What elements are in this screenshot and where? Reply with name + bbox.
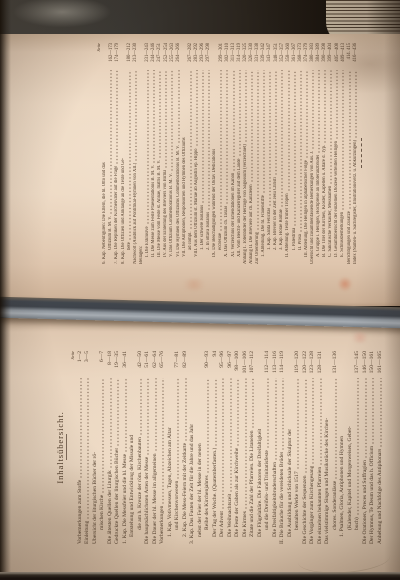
toc-entry: Der Hymnus, Te Deum und das h. Officium … [368, 351, 376, 544]
toc-entry: Die Geschichte der Sequenzen 120—122 [301, 351, 309, 544]
entry-label: chores. Sonderanlässe [332, 481, 338, 530]
entry-label: II. Abteilung. Texte früher Tropen [285, 193, 290, 257]
entry-label: Vorbemerkungen [159, 506, 165, 544]
leader-dots [116, 70, 118, 164]
leader-dots [202, 70, 204, 203]
red-ink-stain [338, 276, 352, 292]
entry-label: A. Gruppe i. Heiligen, Hochpreise an Int… [316, 155, 321, 257]
entry-label: 6. Kap. Nebenfiguren: Die Eltern, die hl… [102, 162, 107, 264]
leader-dots [275, 378, 277, 460]
entry-label: V. Das Offizium Commemorationis B. M. V. [169, 173, 174, 257]
entry-page-numbers: 384—389 [316, 43, 321, 68]
entry-label: Die Dreifaltigkeitsbruderschaften [272, 462, 278, 537]
leader-dots [275, 70, 277, 175]
toc-entry: Die Flügelaltäre. Die Faktoren der Dreif… [256, 351, 264, 544]
entry-label: Die Vorgänger zum Kirchengesang [309, 466, 315, 544]
leader-dots [306, 70, 308, 158]
leader-dots [230, 378, 232, 492]
leader-dots [355, 70, 357, 138]
title-rule [66, 435, 67, 461]
leader-dots [110, 378, 112, 468]
entry-label: 3. Kap. Das Fasten der Zeit für die Jahr… [189, 424, 195, 544]
leader-dots [110, 70, 112, 214]
toc-entry: 2. Kap. Die Mess-Feiern mit der Zeitkart… [181, 351, 189, 544]
toc-entry: Vorbemerkungen zum Stoffe 1—2 [76, 351, 84, 544]
leader-dots [155, 378, 157, 451]
leader-dots [80, 378, 82, 478]
leader-dots [342, 70, 344, 210]
entry-label: 8. Kap. Die Offizien und Anklänge an die… [121, 158, 126, 264]
leader-dots [208, 70, 210, 210]
entry-label: Der Tag der Woche. (Quatemberfasten.) [212, 448, 218, 537]
entry-label: VII. Die Antiphonen, Responsorien und Hy… [182, 137, 187, 257]
entry-label: mischen Kirche [99, 495, 105, 530]
entry-label: Beilagen: [139, 246, 144, 264]
entry-page-numbers: 390—398 [322, 43, 327, 68]
entry-label: Entstehung und Entwicklung der Missale u… [129, 435, 135, 537]
leader-dots [178, 70, 180, 143]
toc-entry: chores. Sonderanlässe 131—136 [331, 351, 339, 544]
toc-page-first: Inhaltsübersicht. Seite Vorbemerkungen z… [55, 330, 395, 570]
entry-page-numbers: 213—230 [133, 43, 138, 68]
leader-dots [207, 378, 209, 473]
entry-page-numbers: 264—266 [176, 43, 181, 68]
leader-dots [87, 378, 89, 519]
toc-entry: Entstehung und Entwicklung der Missale u… [128, 351, 136, 544]
entry-page-numbers: 42—50 [137, 351, 143, 376]
toc-entry: Index (Namen- u. Sachregister, Illustrat… [352, 43, 358, 264]
entry-page-numbers: 113—116 [272, 351, 278, 376]
entry-page-numbers: 299—301 [219, 43, 224, 68]
entry-page-numbers: 331—338 [255, 43, 260, 68]
toc-title: Inhaltsübersicht. [55, 351, 66, 544]
toc-entry: Die hauptsächlichsten Arten der Messe 51… [143, 351, 151, 544]
leader-dots [267, 378, 269, 448]
entry-page-numbers: 267—282 [188, 43, 193, 68]
leader-dots [237, 378, 239, 446]
leader-dots [380, 378, 382, 447]
leader-dots [372, 378, 374, 444]
leader-dots [320, 378, 322, 465]
entry-label: Vorbemerkungen zum Stoffe [77, 480, 83, 544]
leader-dots [335, 378, 337, 479]
entry-label: (Kalender, Kapitel und Morgenweisen, Geb… [347, 426, 353, 530]
entry-page-numbers: 174—179 [115, 43, 120, 68]
entry-page-numbers: 8—18 [107, 351, 113, 376]
toc-entry: Reihe des Kirchenjahres 90—93 [203, 351, 211, 544]
toc-entry: Die ältesten Quellen der Liturgik 8—18 [106, 351, 114, 544]
entry-label: XII. Vom Beicht- und Kanzelregister auf … [237, 159, 242, 258]
entry-page-numbers: 119—120 [294, 351, 300, 376]
entry-page-numbers: 120—122 [302, 351, 308, 376]
entry-label: 1. Abteilung. Die hl. Frauenstifte [261, 195, 266, 257]
leader-dots [245, 70, 247, 142]
entry-label: Index (Namen- u. Sachregister, Illustrat… [353, 140, 358, 264]
toc-entry: bemalten Werke von 1517 119—120 [293, 351, 301, 544]
toc-entry: Übersicht der liturgischen Bücher der rö… [91, 351, 99, 544]
entry-page-numbers: 374—379 [304, 43, 309, 68]
toc-entry: Vorbemerkungen 65—76 [158, 351, 166, 544]
entry-label: Gedruckte Quellen der liturgischen Büche… [114, 448, 120, 544]
entry-page-numbers: 352—357 [280, 43, 285, 68]
entry-label: Die Kirmes [242, 511, 248, 537]
leader-dots [190, 70, 192, 230]
entry-page-numbers: 82—89 [182, 351, 188, 376]
entry-label: 7. Kap. Die Repliken der Kirchenväter au… [114, 166, 119, 264]
entry-page-numbers: 361—367 [292, 43, 297, 68]
entry-page-numbers: 343—347 [267, 43, 272, 68]
leader-dots [177, 378, 179, 479]
leader-dots [226, 70, 228, 204]
entry-label: I. Palestrina [292, 228, 297, 250]
entry-label: bemalten Werke von 1517 [294, 471, 300, 530]
entry-page-numbers: 358—360 [286, 43, 291, 68]
toc-end-rule [361, 138, 362, 168]
leader-dots [312, 70, 314, 149]
entry-page-numbers: 180—212 [127, 43, 132, 68]
entry-page-numbers: 247—251 [157, 43, 162, 68]
leader-dots [300, 70, 302, 232]
toc-entry: II. Die Bräuche für die vereideten Brüde… [278, 351, 286, 544]
entry-page-numbers: 1—2 [77, 351, 83, 376]
toc-entry: Die Weihnachtszeit 96—97 [226, 351, 234, 544]
entry-page-numbers: 416—436 [353, 43, 358, 68]
entry-label: Reihe des Kirchenjahres [204, 475, 210, 530]
entry-label: 3. Kap. Horae Romae [279, 209, 284, 250]
entry-page-numbers: 62—64 [152, 351, 158, 376]
leader-dots [165, 70, 167, 168]
entry-page-numbers: 137—145 [354, 351, 360, 376]
entry-page-numbers: 146—150 [362, 351, 368, 376]
entry-page-numbers: 399—404 [328, 43, 333, 68]
entry-page-numbers: 283—292 [194, 43, 199, 68]
toc-entry: und Kirchenvorwesen 77—81 [173, 351, 181, 544]
leader-dots [220, 70, 222, 231]
leader-dots [330, 70, 332, 184]
entry-label: Die Ausbildung und Schicksale der Skulpt… [287, 429, 293, 537]
entry-page-numbers: 51—61 [144, 351, 150, 376]
entry-label: Nachwort (Ausblick auf Pontifikal-Hymnen… [133, 163, 138, 264]
entry-label: II. Die Messe zum Feste Praesentationis … [151, 165, 156, 257]
entry-page-numbers: 90—93 [204, 351, 210, 376]
entry-page-numbers: 255—263 [170, 43, 175, 68]
leader-dots [102, 378, 104, 493]
entry-label: D. Gesamtübersicht der einzelnen Diözese… [334, 141, 339, 257]
entry-page-numbers: 231—243 [145, 43, 150, 68]
entry-page-numbers: 252—254 [164, 43, 169, 68]
entry-page-numbers: 405—408 [335, 43, 340, 68]
entry-label: Anhang I. Totenbilder der Herzöge von Sa… [243, 144, 248, 264]
entry-label: III. Abteilung. Die Heiligen in alphabet… [304, 160, 309, 257]
entry-label: Die Orationen, Preces und Suffragien [362, 460, 368, 544]
leader-dots [171, 70, 173, 171]
entry-label: Das vielstimmige Singen und Musikstücke … [324, 418, 330, 544]
entry-label: IX. Die Beschädigungen während der Oktav… [212, 149, 217, 257]
entry-label: 1. Der schwere Isolanus [200, 205, 205, 250]
toc-entry: 1. Kap. Die Messfeier und die hl. Messe … [121, 351, 129, 544]
entry-label: Die Flügelaltäre. Die Faktoren der Dreif… [257, 429, 263, 537]
leader-dots [140, 378, 142, 435]
entry-label: und Kirchenvorwesen [174, 481, 180, 530]
entry-label: Die Weihnachtszeit [227, 494, 233, 537]
leader-dots [297, 378, 299, 469]
entry-label: 2. In ottava Isolanus [206, 212, 211, 250]
entry-page-numbers: 409—413 [341, 43, 346, 68]
entry-label: IV. Aus der Einleitung des Breviers von … [163, 170, 168, 257]
entry-page-numbers: 36—41 [122, 351, 128, 376]
entry-label: nebst der Feier der hl. Messe in der neu… [197, 443, 203, 537]
toc-entry: Die Feste der Gaben als zur Kirchweihe 9… [233, 351, 241, 544]
toc-entry: Die Orationen, Preces und Suffragien 146… [361, 351, 369, 544]
entry-label: III. Die Messe vom Feste st. Annae, matr… [157, 160, 162, 257]
left-edge-shadow [0, 0, 11, 580]
toc-entry: und die Dreifels- und Trinitatisfeste 11… [263, 351, 271, 544]
entry-label: bete [127, 242, 132, 250]
book-photo: Seite 6. Kap. Nebenfiguren: Die Eltern, … [0, 0, 400, 580]
entry-page-numbers: 3—5 [84, 351, 90, 376]
leader-dots [185, 378, 187, 441]
toc-entry: die am h. Kreuze der röm. Kirchenbauten … [136, 351, 144, 544]
entry-page-numbers: 19—35 [114, 351, 120, 376]
leader-dots [281, 70, 283, 207]
leader-dots [357, 378, 359, 515]
leader-dots [239, 70, 241, 157]
entry-page-numbers: 98—100 [234, 351, 240, 376]
entry-label: Übersicht und zusammenfassende Bemerkung… [310, 151, 315, 264]
entry-label: VI. Die Hymnen des Offiziums Commemorati… [176, 145, 181, 257]
entry-page-numbers: 339—342 [261, 43, 266, 68]
entry-page-numbers: 131—136 [332, 351, 338, 376]
toc-entry: Einleitung 3—5 [83, 351, 91, 544]
leader-dots [117, 378, 119, 446]
entry-page-numbers: 65—76 [159, 351, 165, 376]
entry-page-numbers: 94 [212, 351, 218, 376]
entry-label: ad compl. [188, 232, 193, 251]
entry-label: und die Dreifels- und Trinitatisfeste [264, 450, 270, 530]
leader-dots [153, 70, 155, 163]
leader-dots [288, 70, 290, 191]
toc-list: Vorbemerkungen zum Stoffe 1—2 Einleitung… [76, 351, 384, 544]
leader-dots [222, 378, 224, 509]
entry-page-numbers: 128—131 [317, 351, 323, 376]
leader-dots [257, 70, 259, 230]
leader-dots [336, 70, 338, 139]
leader-dots [135, 70, 137, 161]
entry-label: II. Prosa [298, 234, 303, 250]
toc-entry: Die Dreifaltigkeitsbruderschaften 113—11… [271, 351, 279, 544]
toc-entry: Die Dauer der hl. Messe im allgemeinen 6… [151, 351, 159, 544]
leader-dots [318, 70, 320, 153]
faint-stain [180, 279, 208, 290]
entry-label: 1. Kap. Santa Felicitas [267, 208, 272, 250]
entry-label: Offizium B. M. V. [108, 216, 113, 250]
entry-page-numbers: 297—298 [206, 43, 211, 68]
toc-entry: Die Vorgänger zum Kirchengesang 123—128 [308, 351, 316, 544]
toc-entry: Die Ausbildung und Schicksale der Skulpt… [286, 351, 294, 544]
toc-entry: Die Kirmes 101—106 [241, 351, 249, 544]
entry-page-numbers: 162—173 [109, 43, 114, 68]
leader-dots [147, 70, 149, 224]
leader-dots [294, 70, 296, 226]
entry-page-numbers: 293—296 [200, 43, 205, 68]
toc-entry: Anhebung und Nachfolge des Antiphonars 1… [376, 351, 384, 544]
toc-entry: Die einzelnen bekannten Pfarreien 128—13… [316, 351, 324, 544]
entry-page-numbers: 302—310 [225, 43, 230, 68]
entry-page-numbers: 6—7 [99, 351, 105, 376]
entry-page-numbers: 380—383 [310, 43, 315, 68]
entry-page-numbers: 368—373 [298, 43, 303, 68]
entry-label: Die hauptsächlichsten Arten der Messe [144, 457, 150, 544]
leader-dots [305, 378, 307, 474]
leader-dots [129, 70, 131, 240]
entry-page-numbers: 326—330 [249, 43, 254, 68]
entry-label: B. Die Titel der Kirchen, Klöster, Kapel… [322, 145, 327, 257]
entry-page-numbers: 95—96 [219, 351, 225, 376]
toc-entry: buch) 137—145 [353, 351, 361, 544]
leader-dots [196, 70, 198, 147]
leader-dots [365, 378, 367, 458]
entry-label: 2. Kap. Die Mess-Feiern mit der Zeitkart… [182, 443, 188, 537]
entry-page-numbers: 244—246 [151, 43, 156, 68]
toc-entry: mischen Kirche 6—7 [98, 351, 106, 544]
toc-page-continuation: Seite 6. Kap. Nebenfiguren: Die Eltern, … [95, 38, 397, 298]
entry-label: E. Schlussbemerkungen [340, 212, 345, 257]
toc-entry: (Kalender, Kapitel und Morgenweisen, Geb… [346, 351, 354, 544]
leader-dots [312, 378, 314, 464]
leader-dots [245, 378, 247, 509]
entry-label: II. Die Bräuche für die vereideten Brüde… [279, 452, 285, 544]
leader-dots [269, 70, 271, 206]
entry-page-numbers: 161—165 [377, 351, 383, 376]
entry-label: XI. Verzeichnis der Emendationen im Kano… [231, 173, 236, 257]
entry-page-numbers: 123—128 [309, 351, 315, 376]
entry-label: Anhang II. Die Breviere auf ch. Kanzleie… [249, 184, 254, 264]
entry-page-numbers: 96—97 [227, 351, 233, 376]
entry-page-numbers: 150—161 [369, 351, 375, 376]
entry-label: VIII. Aus dem Offizium st. Mariae ab Aug… [194, 149, 199, 258]
entry-page-numbers: 348—351 [274, 43, 279, 68]
entry-label: C. Sakralische Verkäufer, Messnamen [328, 186, 333, 257]
entry-label: Die Dauer der hl. Messe im allgemeinen [152, 453, 158, 544]
pink-mark [350, 332, 370, 343]
entry-page-numbers: 101—106 [242, 351, 248, 376]
leader-dots [282, 378, 284, 450]
entry-page-numbers: 414. 415 [347, 43, 352, 68]
entry-label: Übersicht der liturgischen Bücher der rö… [92, 452, 98, 544]
leader-dots [349, 70, 351, 209]
entry-page-numbers: 311—313 [231, 43, 236, 68]
leader-dots [251, 70, 253, 182]
toc-entry: 1. Kap. Votivmessen, Tagen, Abzeichen am… [166, 351, 174, 544]
entry-page-numbers: 107—112 [249, 351, 255, 376]
entry-label: Der Advent [219, 511, 225, 537]
entry-label: ecclesiae [218, 233, 223, 250]
entry-label: Der Hymnus, Te Deum und das h. Officium [369, 446, 375, 544]
leader-dots [215, 378, 217, 446]
entry-label: X. Das Offizium ch. Taxias [224, 206, 229, 257]
entry-label: I. Die Exklusive [145, 226, 150, 257]
entry-label: Einleitung [84, 521, 90, 544]
entry-label: die am h. Kreuze der röm. Kirchenbauten [137, 437, 143, 530]
toc-entry: Das vielstimmige Singen und Musikstücke … [323, 351, 331, 544]
entry-label: 2. Kap. Brevier in der Zeit Jesu Christi [273, 177, 278, 250]
entry-label: Die einzelnen bekannten Pfarreien [317, 467, 323, 544]
leader-dots [324, 70, 326, 143]
leader-dots [263, 70, 265, 193]
entry-label: 1. Psalmen, Gloria, Antiphonen und Hymne… [339, 436, 345, 537]
entry-label: Zur Orientierung [255, 232, 260, 264]
toc-entry: Der Advent 95—96 [218, 351, 226, 544]
leader-dots [159, 70, 161, 158]
toc-entry: 3. Kap. Das Fasten der Zeit für die Jahr… [188, 351, 196, 544]
entry-label: 1. Kap. Die Messfeier und die hl. Messe [122, 454, 128, 544]
entry-label: Anhebung und Nachfolge des Antiphonars [377, 449, 383, 544]
toc-entry: Gedruckte Quellen der liturgischen Büche… [113, 351, 121, 544]
leader-dots [147, 378, 149, 455]
toc-list: 6. Kap. Nebenfiguren: Die Eltern, die hl… [102, 43, 359, 264]
entry-page-numbers: 320—325 [243, 43, 248, 68]
toc-entry: 1. Psalmen, Gloria, Antiphonen und Hymne… [338, 351, 346, 544]
entry-label: 1. Kap. Votivmessen, Tagen, Abzeichen am… [167, 427, 173, 537]
toc-entry: Zitate und die Zahl der Pfarreien. Die L… [248, 351, 256, 544]
entry-label: Die Feste der Gaben als zur Kirchweihe [234, 448, 240, 537]
entry-page-numbers: 114—119 [279, 351, 285, 376]
entry-page-numbers: 77—81 [174, 351, 180, 376]
entry-label: Zitate und die Zahl der Pfarreien. Die L… [249, 430, 255, 537]
entry-page-numbers: 314—319 [237, 43, 242, 68]
leader-dots [125, 378, 127, 452]
entry-label: buch) [354, 517, 360, 530]
leader-dots [162, 378, 164, 504]
entry-label: Berichtigungen und Zusätze [347, 211, 352, 264]
leader-dots [252, 378, 254, 428]
toc-entry: nebst der Feier der hl. Messe in der neu… [196, 351, 204, 544]
entry-page-numbers: 112—114 [264, 351, 270, 376]
entry-label: Die ältesten Quellen der Liturgik [107, 470, 113, 544]
leader-dots [233, 70, 235, 171]
entry-label: Die Geschichte der Sequenzen [302, 476, 308, 545]
toc-entry: Der Tag der Woche. (Quatemberfasten.) 94 [211, 351, 219, 544]
